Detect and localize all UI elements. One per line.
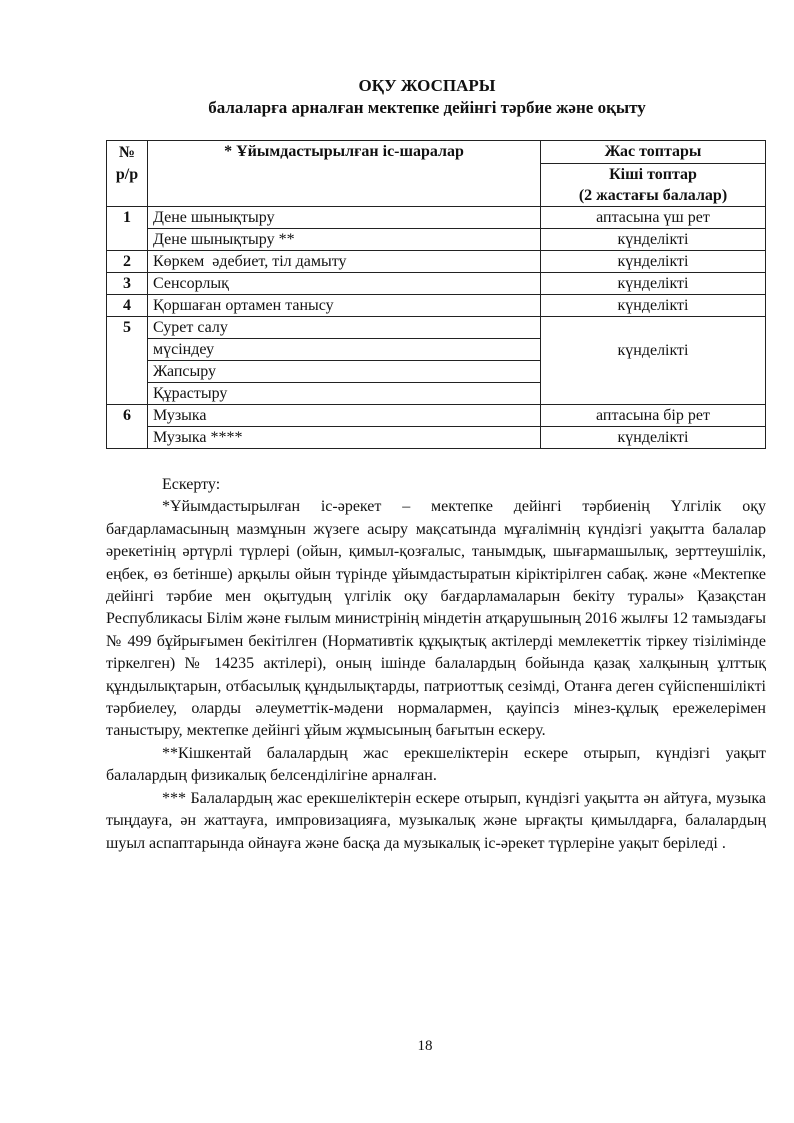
row-activity: Жапсыру [148, 361, 541, 383]
curriculum-table: №р/р * Ұйымдастырылған іс-шаралар Жас то… [106, 140, 766, 449]
table-row: 3 Сенсорлық күнделікті [107, 273, 766, 295]
table-row: Музыка **** күнделікті [107, 427, 766, 449]
header-group-line1: Кіші топтар [609, 166, 697, 183]
row-frequency: күнделікті [541, 229, 766, 251]
row-activity: Музыка [148, 405, 541, 427]
header-group: Кіші топтар (2 жастағы балалар) [541, 164, 766, 207]
table-row: 4 Қоршаған ортамен танысу күнделікті [107, 295, 766, 317]
row-activity: Дене шынықтыру ** [148, 229, 541, 251]
row-number: 4 [107, 295, 148, 317]
row-activity: Сенсорлық [148, 273, 541, 295]
notes-label: Ескерту: [106, 474, 766, 496]
page-number: 18 [0, 1038, 794, 1055]
row-frequency: аптасына үш рет [541, 207, 766, 229]
note-paragraph-3: *** Балалардың жас ерекшеліктерін ескере… [106, 788, 766, 855]
row-activity: Қоршаған ортамен танысу [148, 295, 541, 317]
row-frequency: күнделікті [541, 427, 766, 449]
header-number: №р/р [107, 141, 148, 207]
row-frequency: күнделікті [541, 295, 766, 317]
table-row: Дене шынықтыру ** күнделікті [107, 229, 766, 251]
table-row: 5 Сурет салу күнделікті [107, 317, 766, 339]
row-activity: Сурет салу [148, 317, 541, 339]
row-activity: Құрастыру [148, 383, 541, 405]
header-activity: * Ұйымдастырылған іс-шаралар [148, 141, 541, 207]
note-paragraph-1: *Ұйымдастырылған іс-әрекет – мектепке де… [106, 496, 766, 742]
row-number: 2 [107, 251, 148, 273]
notes-section: Ескерту: *Ұйымдастырылған іс-әрекет – ме… [106, 474, 766, 855]
row-number: 5 [107, 317, 148, 405]
row-number: 6 [107, 405, 148, 449]
row-frequency: аптасына бір рет [541, 405, 766, 427]
row-frequency: күнделікті [541, 317, 766, 405]
row-activity: Дене шынықтыру [148, 207, 541, 229]
header-age-groups: Жас топтары [541, 141, 766, 164]
table-row: 1 Дене шынықтыру аптасына үш рет [107, 207, 766, 229]
table-row: 6 Музыка аптасына бір рет [107, 405, 766, 427]
header-group-line2: (2 жастағы балалар) [579, 187, 727, 204]
table-row: 2 Көркем әдебиет, тіл дамыту күнделікті [107, 251, 766, 273]
row-number: 1 [107, 207, 148, 251]
row-activity: Көркем әдебиет, тіл дамыту [148, 251, 541, 273]
document-title: ОҚУ ЖОСПАРЫ [30, 76, 794, 96]
row-frequency: күнделікті [541, 273, 766, 295]
note-paragraph-2: **Кішкентай балалардың жас ерекшеліктері… [106, 743, 766, 788]
table-header-row: №р/р * Ұйымдастырылған іс-шаралар Жас то… [107, 141, 766, 164]
row-activity: Музыка **** [148, 427, 541, 449]
row-activity: мүсіндеу [148, 339, 541, 361]
row-number: 3 [107, 273, 148, 295]
document-subtitle: балаларға арналған мектепке дейінгі тәрб… [30, 98, 794, 118]
row-frequency: күнделікті [541, 251, 766, 273]
